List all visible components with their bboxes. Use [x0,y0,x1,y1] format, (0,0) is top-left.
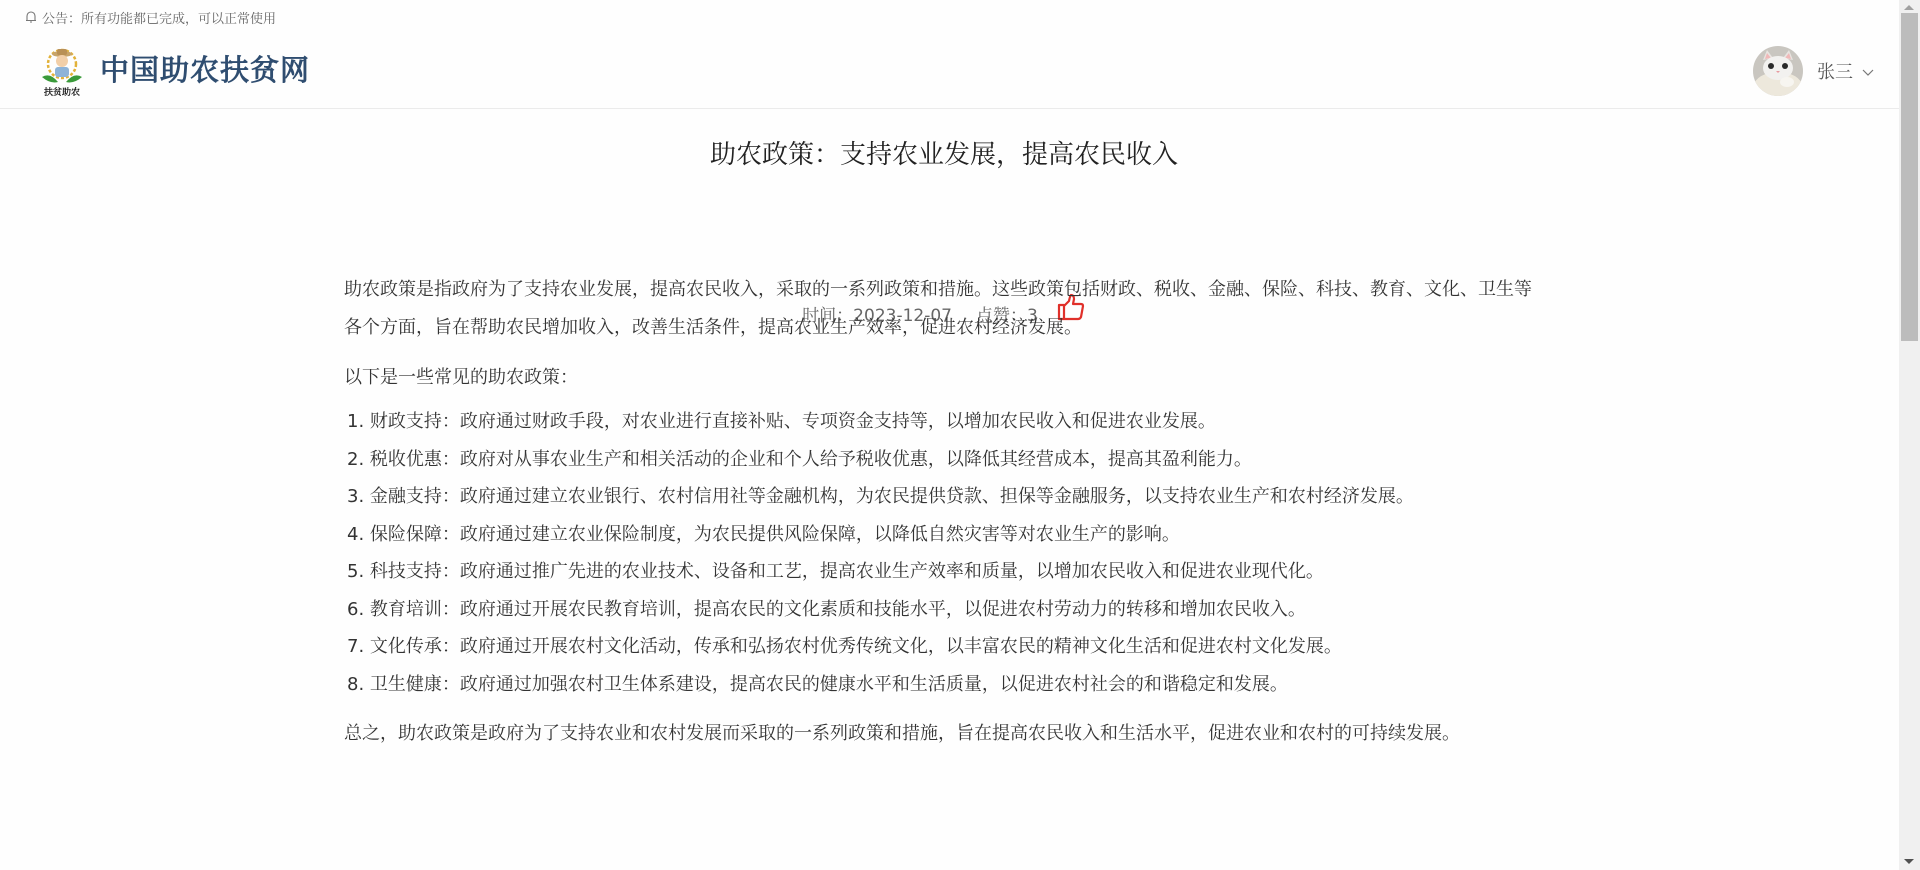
conclusion-paragraph: 总之，助农政策是政府为了支持农业和农村发展而采取的一系列政策和措施，旨在提高农民… [344,715,1544,753]
scroll-up-arrow-icon[interactable] [1904,5,1914,10]
article-title: 助农政策：支持农业发展，提高农民收入 [344,135,1544,175]
chevron-down-icon[interactable] [1861,64,1875,78]
list-item: 2. 税收优惠：政府对从事农业生产和相关活动的企业和个人给予税收优惠，以降低其经… [344,441,1544,479]
site-title[interactable]: 中国助农扶贫网 [100,48,310,92]
list-item: 8. 卫生健康：政府通过加强农村卫生体系建设，提高农民的健康水平和生活质量，以促… [344,666,1544,704]
list-item: 1. 财政支持：政府通过财政手段，对农业进行直接补贴、专项资金支持等，以增加农民… [344,403,1544,441]
article-body: 助农政策是指政府为了支持农业发展，提高农民收入，采取的一系列政策和措施。这些政策… [344,271,1544,765]
scroll-down-arrow-icon[interactable] [1904,859,1914,864]
notice-text: 公告：所有功能都已完成，可以正常使用 [42,8,276,27]
bell-icon [24,10,38,24]
list-intro: 以下是一些常见的助农政策： [344,359,1544,397]
username[interactable]: 张三 [1817,58,1853,84]
list-item: 6. 教育培训：政府通过开展农民教育培训，提高农民的文化素质和技能水平，以促进农… [344,591,1544,629]
list-item: 5. 科技支持：政府通过推广先进的农业技术、设备和工艺，提高农业生产效率和质量，… [344,553,1544,591]
scrollbar-thumb[interactable] [1901,13,1918,341]
notice-bar: 公告：所有功能都已完成，可以正常使用 [24,8,276,26]
logo-caption: 扶贫助农 [43,86,80,98]
vertical-scrollbar[interactable] [1899,0,1920,870]
intro-paragraph: 助农政策是指政府为了支持农业发展，提高农民收入，采取的一系列政策和措施。这些政策… [344,271,1544,347]
site-logo[interactable]: 扶贫助农 [36,44,88,98]
list-item: 7. 文化传承：政府通过开展农村文化活动，传承和弘扬农村优秀传统文化，以丰富农民… [344,628,1544,666]
user-menu[interactable]: 张三 [1753,46,1875,96]
site-header: 扶贫助农 中国助农扶贫网 张三 [0,34,1899,109]
policy-list: 1. 财政支持：政府通过财政手段，对农业进行直接补贴、专项资金支持等，以增加农民… [344,403,1544,703]
list-item: 3. 金融支持：政府通过建立农业银行、农村信用社等金融机构，为农民提供贷款、担保… [344,478,1544,516]
page: 公告：所有功能都已完成，可以正常使用 扶贫助农 中国助农扶贫网 [0,0,1899,870]
list-item: 4. 保险保障：政府通过建立农业保险制度，为农民提供风险保障，以降低自然灾害等对… [344,516,1544,554]
avatar[interactable] [1753,46,1803,96]
